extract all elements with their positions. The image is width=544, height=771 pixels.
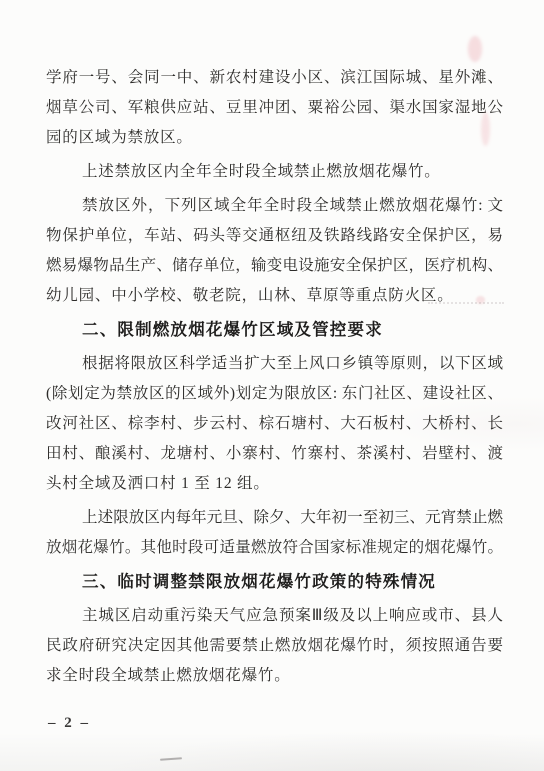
paragraph: 主城区启动重污染天气应急预案Ⅲ级及以上响应或市、县人民政府研究决定因其他需要禁止… [46, 601, 503, 691]
section-heading: 三、临时调整禁限放烟花爆竹政策的特殊情况 [46, 567, 503, 597]
text-line: 上述限放区内每年元旦、除夕、大年初一至初三、元宵禁止燃 [46, 503, 503, 533]
text-line: 烟草公司、军粮供应站、豆里冲团、粟裕公园、渠水国家湿地公 [46, 93, 503, 123]
page-number: – 2 – [48, 712, 91, 734]
paragraph: 根据将限放区科学适当扩大至上风口乡镇等原则，以下区域(除划定为禁放区的区域外)划… [46, 349, 503, 499]
text-line: 禁放区外，下列区域全年全时段全域禁止燃放烟花爆竹: 文 [46, 191, 503, 221]
text-line: (除划定为禁放区的区域外)划定为限放区: 东门社区、建设社区、 [46, 379, 503, 409]
text-line: 学府一号、会同一中、新农村建设小区、滨江国际城、星外滩、 [46, 63, 503, 93]
text-line: 幼儿园、中小学校、敬老院，山林、草原等重点防火区。 [46, 281, 503, 311]
paragraph: 禁放区外，下列区域全年全时段全域禁止燃放烟花爆竹: 文物保护单位，车站、码头等交… [46, 191, 503, 311]
scanned-document-page: 学府一号、会同一中、新农村建设小区、滨江国际城、星外滩、烟草公司、军粮供应站、豆… [0, 0, 544, 771]
heading-line: 二、限制燃放烟花爆竹区域及管控要求 [46, 315, 503, 345]
document-body: 学府一号、会同一中、新农村建设小区、滨江国际城、星外滩、烟草公司、军粮供应站、豆… [46, 63, 503, 691]
text-line: 民政府研究决定因其他需要禁止燃放烟花爆竹时，须按照通告要 [46, 631, 503, 661]
paragraph: 上述限放区内每年元旦、除夕、大年初一至初三、元宵禁止燃放烟花爆竹。其他时段可适量… [46, 503, 503, 563]
text-line: 上述禁放区内全年全时段全域禁止燃放烟花爆竹。 [46, 157, 503, 187]
text-line: 主城区启动重污染天气应急预案Ⅲ级及以上响应或市、县人 [46, 601, 503, 631]
section-heading: 二、限制燃放烟花爆竹区域及管控要求 [46, 315, 503, 345]
text-line: 物保护单位，车站、码头等交通枢纽及铁路线路安全保护区，易 [46, 221, 503, 251]
scan-artifact-pink [468, 36, 482, 62]
text-line: 根据将限放区科学适当扩大至上风口乡镇等原则，以下区域 [46, 349, 503, 379]
text-line: 园的区域为禁放区。 [46, 123, 503, 153]
paragraph: 学府一号、会同一中、新农村建设小区、滨江国际城、星外滩、烟草公司、军粮供应站、豆… [46, 63, 503, 153]
scan-artifact-smudge [160, 757, 182, 761]
text-line: 燃易爆物品生产、储存单位，输变电设施安全保护区，医疗机构、 [46, 251, 503, 281]
paragraph: 上述禁放区内全年全时段全域禁止燃放烟花爆竹。 [46, 157, 503, 187]
text-line: 头村全域及洒口村 1 至 12 组。 [46, 469, 503, 499]
text-line: 放烟花爆竹。其他时段可适量燃放符合国家标准规定的烟花爆竹。 [46, 533, 503, 563]
text-line: 改河社区、棕李村、步云村、棕石塘村、大石板村、大桥村、长 [46, 409, 503, 439]
heading-line: 三、临时调整禁限放烟花爆竹政策的特殊情况 [46, 567, 503, 597]
text-line: 田村、酿溪村、龙塘村、小寨村、竹寨村、茶溪村、岩壁村、渡 [46, 439, 503, 469]
text-line: 求全时段全域禁止燃放烟花爆竹。 [46, 661, 503, 691]
